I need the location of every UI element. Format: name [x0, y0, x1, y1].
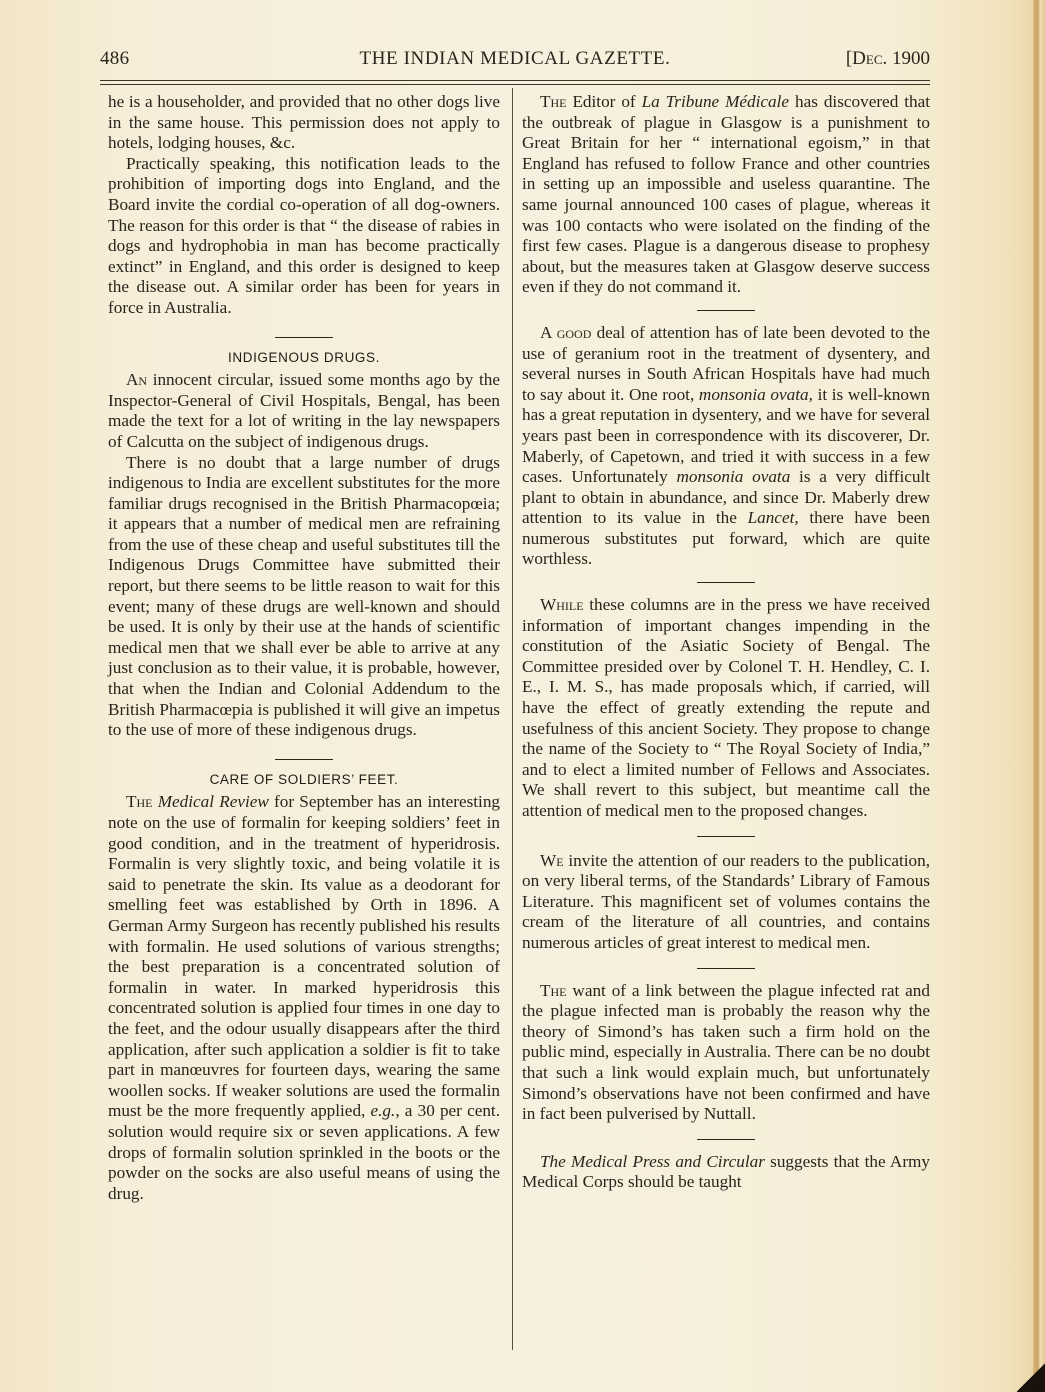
paragraph-soldiers-feet: The Medical Review for September has an … [108, 792, 500, 1204]
issue-month: Dec. [852, 48, 887, 69]
lead-word: While [540, 595, 584, 614]
right-column: The Editor of La Tribune Médicale has di… [522, 92, 930, 1193]
lead-word: The [540, 981, 567, 1000]
running-head: 486 THE INDIAN MEDICAL GAZETTE. [Dec. 19… [100, 48, 930, 76]
abbrev-italic: e.g. [371, 1101, 396, 1120]
species-italic: monsonia ovata [699, 385, 809, 404]
section-separator [697, 582, 755, 583]
lead-word: An [126, 370, 147, 389]
journal-name-italic: La Tribune Médicale [642, 92, 789, 111]
paragraph-text: invite the attention of our readers to t… [522, 851, 930, 952]
paragraph-text: Editor of [567, 92, 642, 111]
lead-word: The [126, 792, 153, 811]
paragraph-indigenous-1: An innocent circular, issued some months… [108, 370, 500, 452]
section-separator [697, 1139, 755, 1140]
journal-title: THE INDIAN MEDICAL GAZETTE. [100, 48, 930, 70]
issue-date: [Dec. 1900 [846, 48, 930, 70]
section-separator [697, 968, 755, 969]
section-heading-indigenous-drugs: INDIGENOUS DRUGS. [108, 348, 500, 369]
journal-name-italic: The Medical Press and Circular [540, 1152, 765, 1171]
paragraph-medical-press: The Medical Press and Circular suggests … [522, 1152, 930, 1193]
lead-word: We [540, 851, 564, 870]
paragraph-text: these columns are in the press we have r… [522, 595, 930, 820]
section-separator [275, 759, 333, 760]
lead-word: The [540, 92, 567, 111]
left-column: he is a householder, and provided that n… [108, 92, 500, 1204]
paragraph-simond-theory: The want of a link between the plague in… [522, 981, 930, 1125]
page-edge [1033, 0, 1045, 1392]
journal-name-italic: Lancet, [748, 508, 799, 527]
section-separator [275, 337, 333, 338]
column-divider [512, 88, 513, 1350]
section-separator [697, 310, 755, 311]
paragraph-library: We invite the attention of our readers t… [522, 851, 930, 954]
paragraph-text: innocent circular, issued some months ag… [108, 370, 500, 451]
paragraph-indigenous-2: There is no doubt that a large number of… [108, 453, 500, 741]
lead-word: A good [540, 323, 591, 342]
paragraph-tribune-medicale: The Editor of La Tribune Médicale has di… [522, 92, 930, 298]
header-double-rule [100, 80, 930, 85]
paragraph-geranium-root: A good deal of attention has of late bee… [522, 323, 930, 570]
species-italic: monsonia ovata [677, 467, 791, 486]
paragraph-text: for September has an interesting note on… [108, 792, 500, 1120]
paragraph-rabies-order: Practically speaking, this notification … [108, 154, 500, 319]
continued-paragraph: he is a householder, and provided that n… [108, 92, 500, 154]
section-heading-soldiers-feet: CARE OF SOLDIERS’ FEET. [108, 770, 500, 791]
issue-year: 1900 [892, 48, 930, 69]
paragraph-asiatic-society: While these columns are in the press we … [522, 595, 930, 822]
page-corner-shadow [1017, 1362, 1045, 1392]
journal-name-italic: Medical Review [158, 792, 269, 811]
paragraph-text: want of a link between the plague infect… [522, 981, 930, 1124]
section-separator [697, 836, 755, 837]
paragraph-text: has discovered that the outbreak of plag… [522, 92, 930, 296]
